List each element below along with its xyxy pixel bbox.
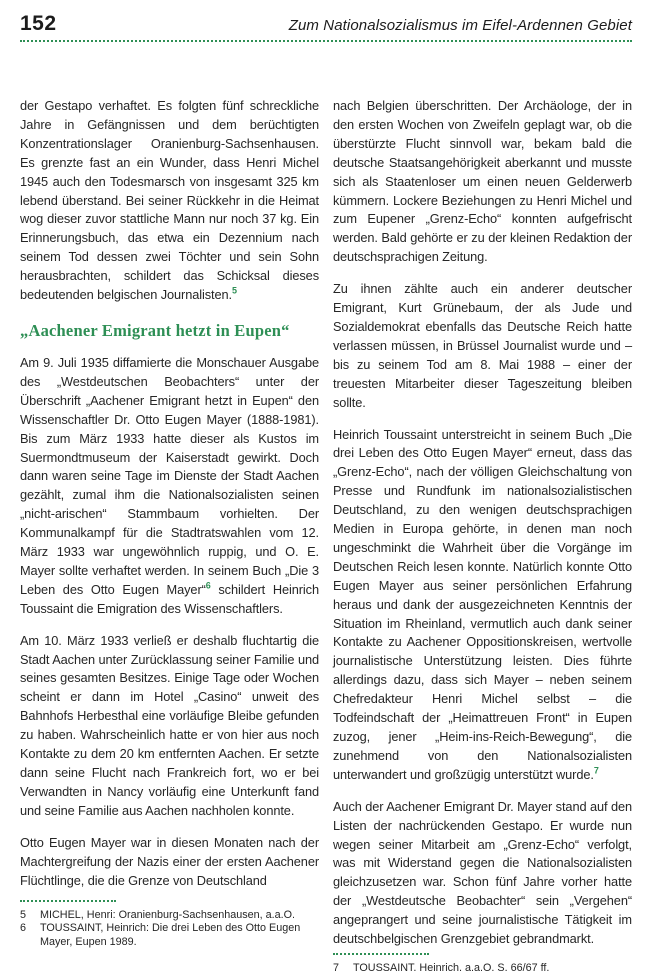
footnote-dotted-rule [333, 953, 429, 955]
left-footnotes: 5 MICHEL, Henri: Oranienburg-Sachsenhaus… [20, 896, 319, 949]
paragraph-gruenebaum: Zu ihnen zählte auch ein anderer deutsch… [333, 280, 632, 412]
page-header: 152 Zum Nationalsozialismus im Eifel-Ard… [20, 12, 632, 38]
paragraph-text: der Gestapo verhaftet. Es folgten fünf s… [20, 98, 319, 302]
paragraph-belgien: nach Belgien überschritten. Der Archäolo… [333, 97, 632, 267]
paragraph-text: Am 9. Juli 1935 diffamierte die Monschau… [20, 355, 319, 597]
footnote-text: TOUSSAINT, Heinrich: Die drei Leben des … [40, 922, 319, 949]
footnote-ref-7: 7 [594, 766, 599, 776]
page-number: 152 [20, 12, 57, 36]
footnote-text: MICHEL, Henri: Oranienburg-Sachsenhausen… [40, 909, 319, 922]
footnote-number: 6 [20, 922, 33, 949]
text-columns: der Gestapo verhaftet. Es folgten fünf s… [20, 97, 632, 949]
paragraph-flucht: Am 10. März 1933 verließ er deshalb fluc… [20, 632, 319, 821]
section-heading: „Aachener Emigrant hetzt in Eupen“ [20, 321, 319, 341]
right-footnotes: 7 TOUSSAINT, Heinrich, a.a.O. S. 66/67 f… [333, 949, 632, 971]
right-column: nach Belgien überschritten. Der Archäolo… [333, 97, 632, 949]
footnote-text: TOUSSAINT, Heinrich, a.a.O. S. 66/67 ff. [353, 962, 632, 971]
paragraph-diffamierung: Am 9. Juli 1935 diffamierte die Monschau… [20, 354, 319, 619]
paragraph-gestapo-arrest: der Gestapo verhaftet. Es folgten fünf s… [20, 97, 319, 305]
footnote-dotted-rule [20, 900, 116, 902]
footnote-ref-5: 5 [232, 286, 237, 296]
paragraph-fluechtling: Otto Eugen Mayer war in diesen Monaten n… [20, 834, 319, 891]
paragraph-gestapo-listen: Auch der Aachener Emigrant Dr. Mayer sta… [333, 798, 632, 949]
footnote: 7 TOUSSAINT, Heinrich, a.a.O. S. 66/67 f… [333, 962, 632, 971]
header-dotted-rule [20, 40, 632, 42]
footnote: 6 TOUSSAINT, Heinrich: Die drei Leben de… [20, 922, 319, 949]
paragraph-text: Heinrich Toussaint unterstreicht in sein… [333, 427, 632, 782]
paragraph-toussaint: Heinrich Toussaint unterstreicht in sein… [333, 426, 632, 785]
running-title: Zum Nationalsozialismus im Eifel-Ardenne… [289, 17, 632, 34]
left-column: der Gestapo verhaftet. Es folgten fünf s… [20, 97, 319, 949]
footnote-number: 7 [333, 962, 346, 971]
footnote: 5 MICHEL, Henri: Oranienburg-Sachsenhaus… [20, 909, 319, 922]
footnote-number: 5 [20, 909, 33, 922]
book-page: 152 Zum Nationalsozialismus im Eifel-Ard… [0, 0, 650, 971]
